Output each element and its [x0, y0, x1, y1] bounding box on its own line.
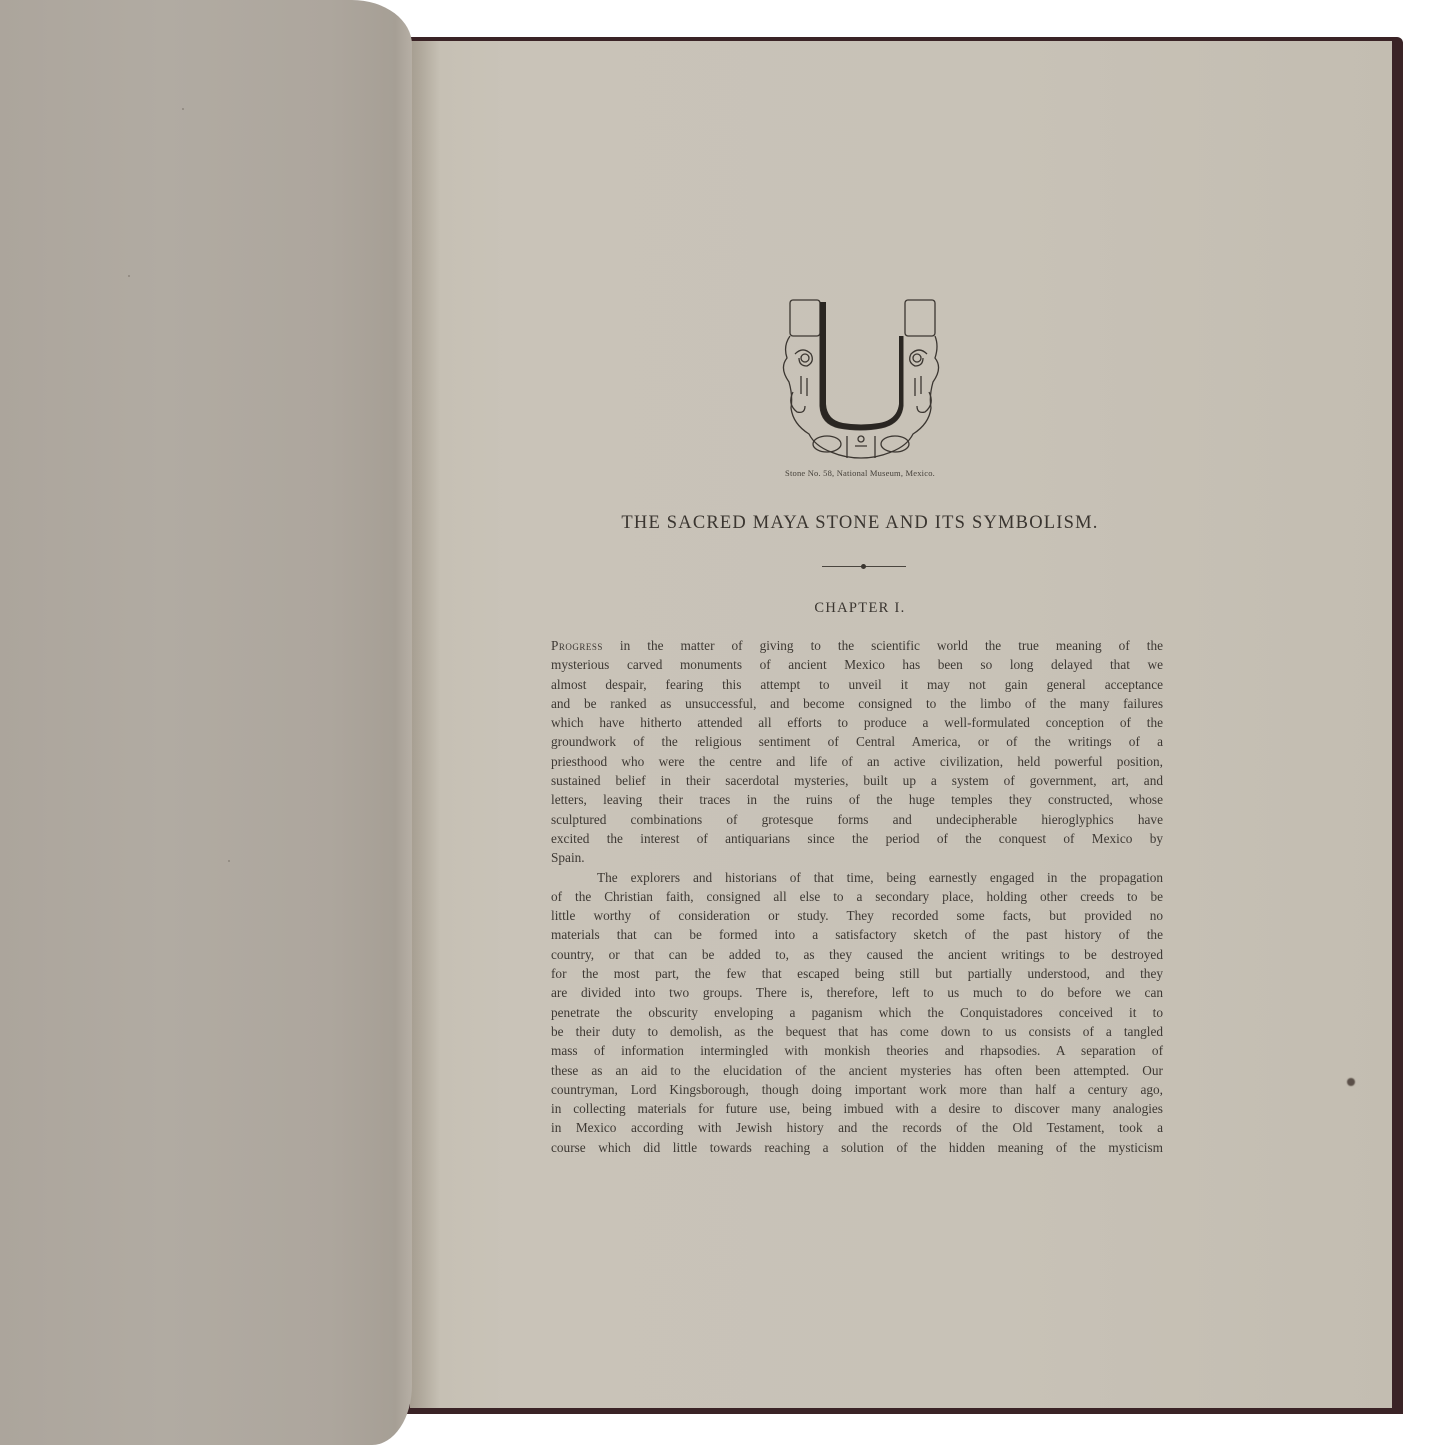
- text-line: mass of information intermingled with mo…: [551, 1041, 1163, 1060]
- paper-speck: [228, 860, 230, 862]
- text-line: groundwork of the religious sentiment of…: [551, 732, 1163, 751]
- paper-speck: [182, 108, 184, 110]
- text-line: in collecting materials for future use, …: [551, 1099, 1163, 1118]
- text-line: be their duty to demolish, as the beques…: [551, 1022, 1163, 1041]
- text-line: sculptured combinations of grotesque for…: [551, 810, 1163, 829]
- text-line: and be ranked as unsuccessful, and becom…: [551, 694, 1163, 713]
- text-line: of the Christian faith, consigned all el…: [551, 887, 1163, 906]
- text-line: priesthood who were the centre and life …: [551, 752, 1163, 771]
- text-line: letters, leaving their traces in the rui…: [551, 790, 1163, 809]
- text-line: which have hitherto attended all efforts…: [551, 713, 1163, 732]
- text-line: course which did little towards reaching…: [551, 1138, 1163, 1157]
- text-line: Spain.: [551, 848, 1163, 867]
- text-line: materials that can be formed into a sati…: [551, 925, 1163, 944]
- ornamental-rule-dot: [861, 564, 866, 569]
- figure-caption: Stone No. 58, National Museum, Mexico.: [600, 468, 1120, 478]
- text-line: for the most part, the few that escaped …: [551, 964, 1163, 983]
- text-line: Progress in the matter of giving to the …: [551, 636, 1163, 655]
- text-line: countryman, Lord Kingsborough, though do…: [551, 1080, 1163, 1099]
- ink-blot: [1347, 1078, 1355, 1086]
- text-line: are divided into two groups. There is, t…: [551, 983, 1163, 1002]
- paper-speck: [128, 275, 130, 277]
- text-line: The explorers and historians of that tim…: [551, 868, 1163, 887]
- text-line: country, or that can be added to, as the…: [551, 945, 1163, 964]
- gutter-shadow: [410, 41, 440, 1408]
- text-line: these as an aid to the elucidation of th…: [551, 1061, 1163, 1080]
- text-line: penetrate the obscurity enveloping a pag…: [551, 1003, 1163, 1022]
- text-line: sustained belief in their sacerdotal mys…: [551, 771, 1163, 790]
- text-line: little worthy of consideration or study.…: [551, 906, 1163, 925]
- body-text: Progress in the matter of giving to the …: [551, 636, 1163, 1157]
- text-line: in Mexico according with Jewish history …: [551, 1118, 1163, 1137]
- text-line: almost despair, fearing this attempt to …: [551, 675, 1163, 694]
- carved-stone-yoke-icon: [775, 296, 945, 466]
- chapter-heading: CHAPTER I.: [700, 600, 1020, 617]
- page-title: THE SACRED MAYA STONE AND ITS SYMBOLISM.: [560, 513, 1160, 534]
- left-blank-page: [0, 0, 412, 1445]
- lead-word: Progress: [551, 638, 603, 653]
- text-line: mysterious carved monuments of ancient M…: [551, 655, 1163, 674]
- text-line: excited the interest of antiquarians sin…: [551, 829, 1163, 848]
